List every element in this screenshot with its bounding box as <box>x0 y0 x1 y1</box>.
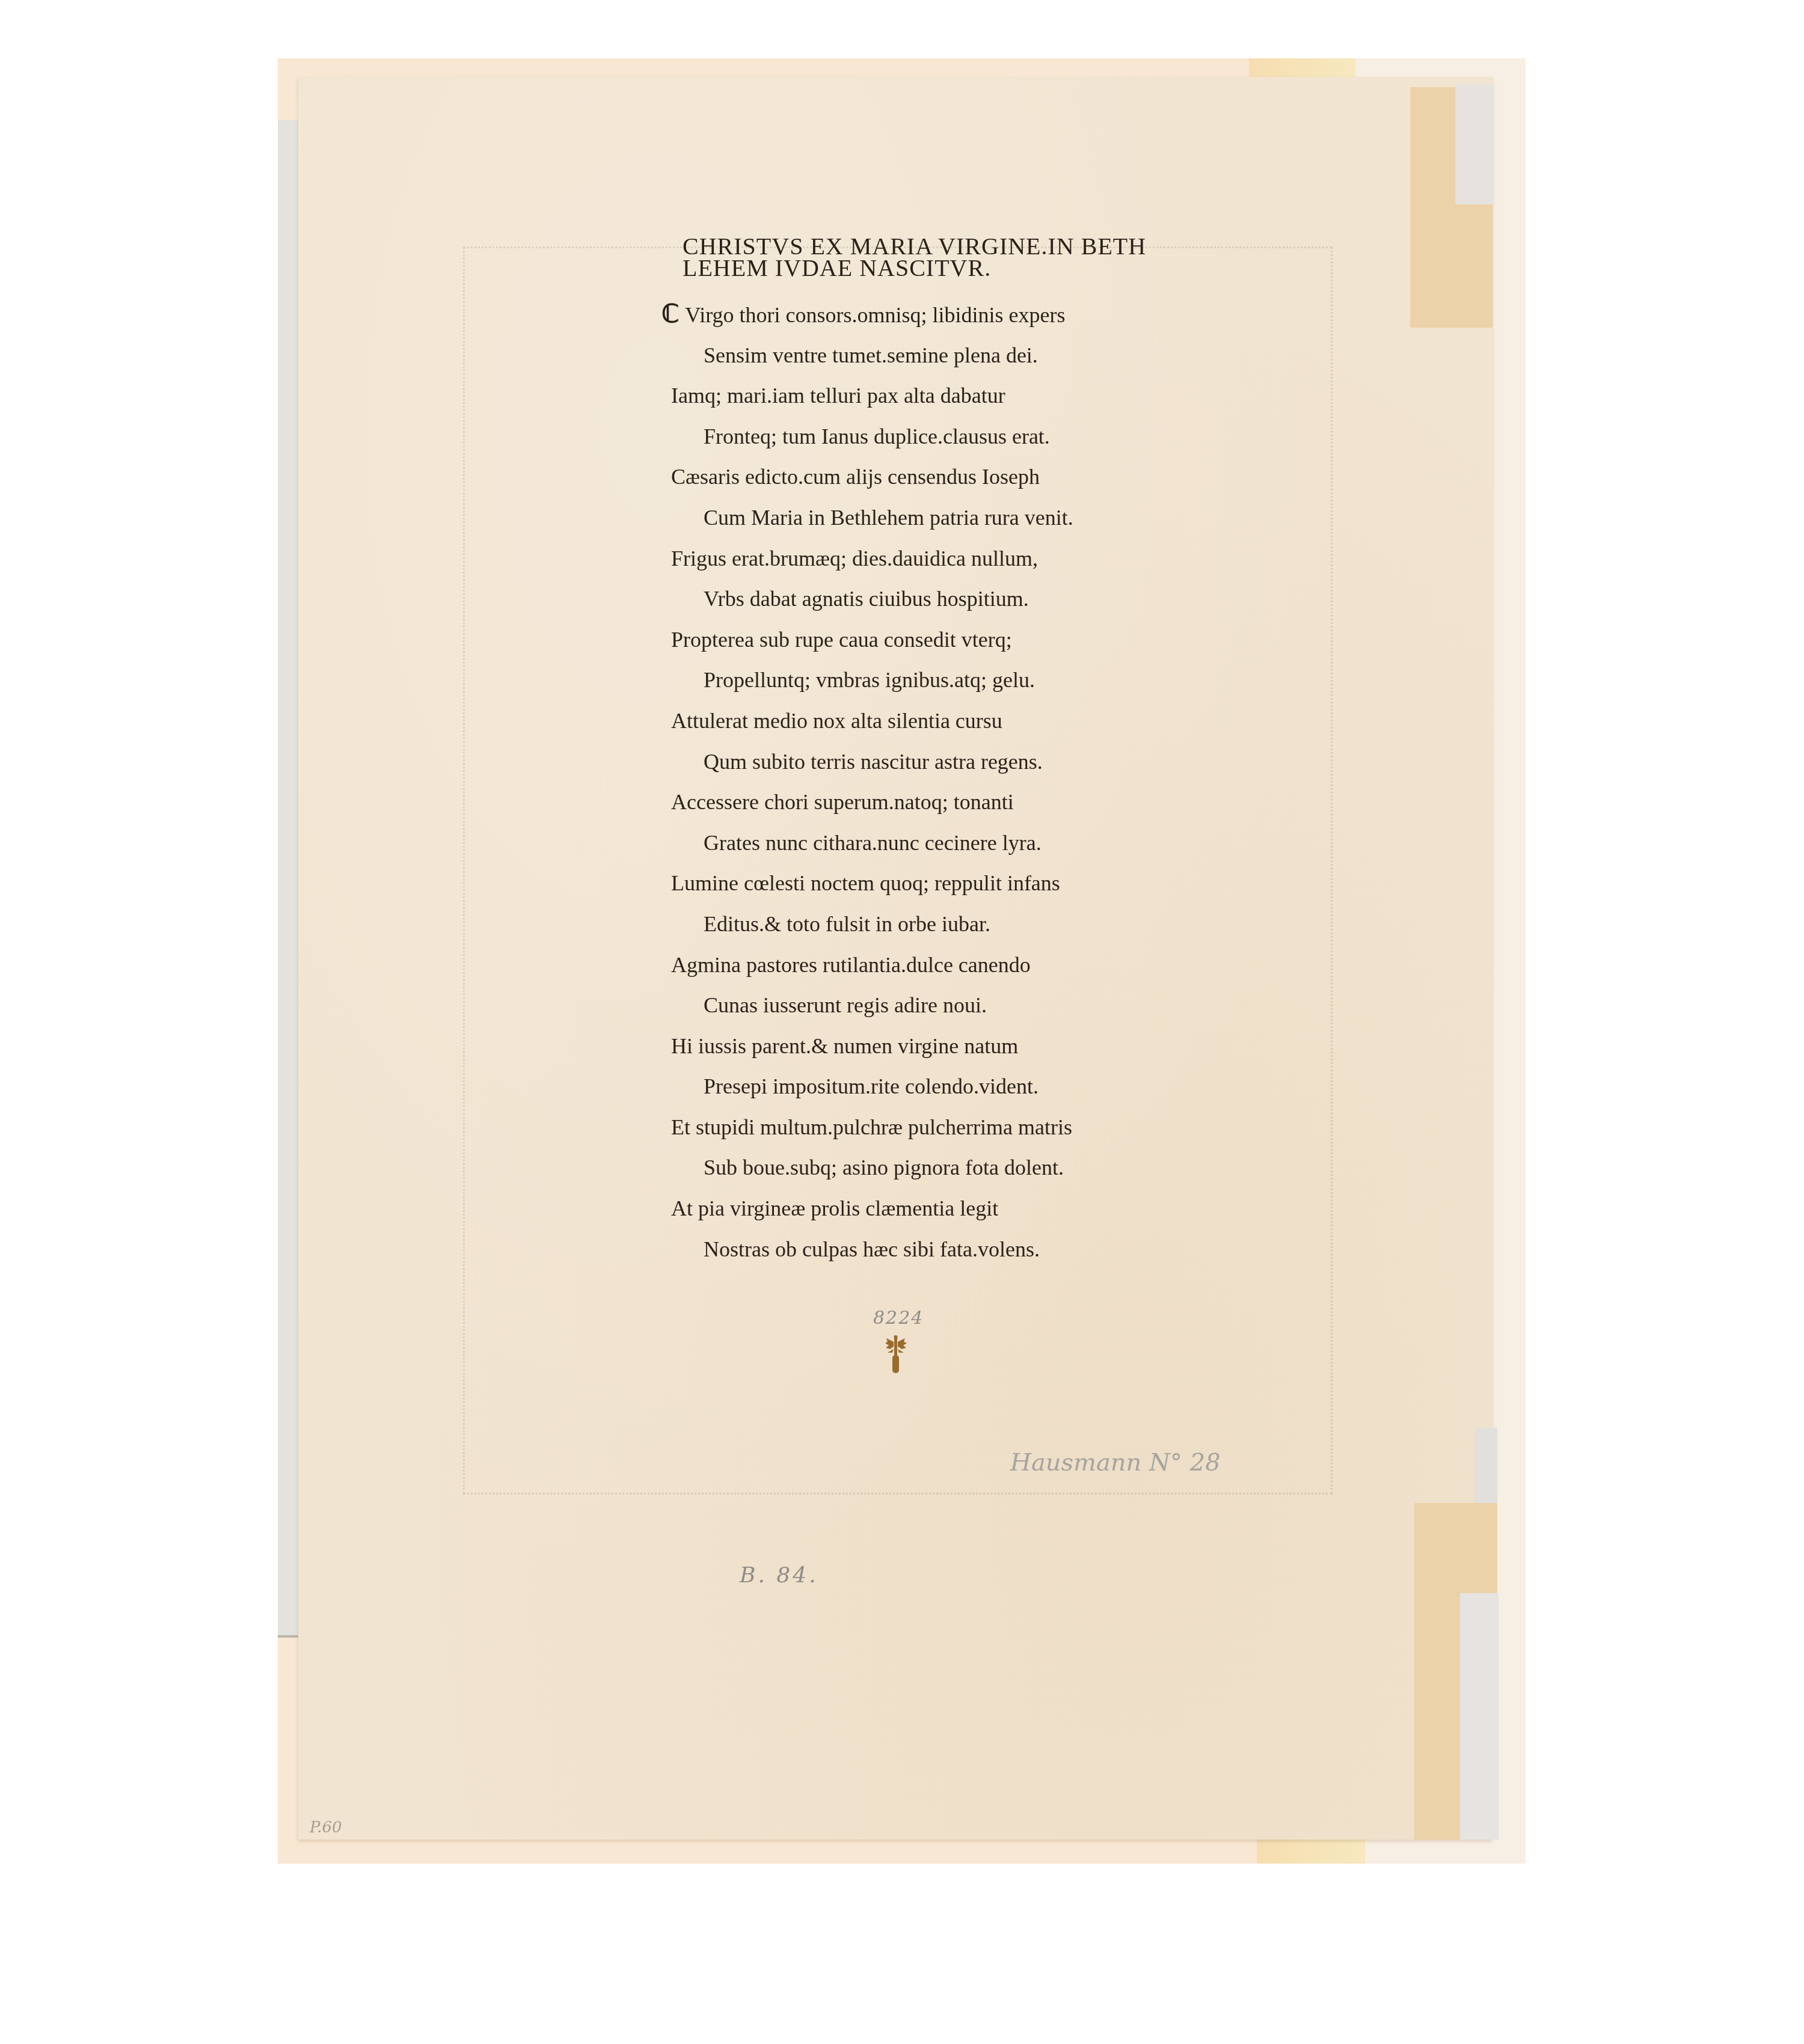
title-line-2: LEHEM IVDAE NASCITVR. <box>683 257 1284 279</box>
left-backing-strip <box>278 120 298 1638</box>
printer-device-icon <box>884 1335 908 1377</box>
pencil-collector-note: Hausmann N° 28 <box>1010 1449 1221 1476</box>
mount-tab-bottom <box>1257 1840 1365 1864</box>
verse-line: Iamq; mari.iam telluri pax alta dabatur <box>661 376 1263 417</box>
paragraph-mark-icon: ℂ <box>661 301 679 328</box>
verse-line: Sensim ventre tumet.semine plena dei. <box>661 335 1263 376</box>
poem-verses: ℂVirgo thori consors.omnisq; libidinis e… <box>661 295 1263 1270</box>
verse-line: Nostras ob culpas hæc sibi fata.volens. <box>661 1229 1263 1270</box>
verse-line: Frigus erat.brumæq; dies.dauidica nullum… <box>661 539 1263 580</box>
verse-line: Attulerat medio nox alta silentia cursu <box>661 701 1263 742</box>
verse-line: ℂVirgo thori consors.omnisq; libidinis e… <box>661 295 1263 335</box>
verse-line: Lumine cœlesti noctem quoq; reppulit inf… <box>661 863 1263 904</box>
verse-line: Sub boue.subq; asino pignora fota dolent… <box>661 1148 1263 1189</box>
verse-line: Hi iussis parent.& numen virgine natum <box>661 1026 1263 1067</box>
verse-line: Presepi impositum.rite colendo.vident. <box>661 1066 1263 1107</box>
verse-line: Cunas iusserunt regis adire noui. <box>661 985 1263 1026</box>
verse-line: Et stupidi multum.pulchræ pulcherrima ma… <box>661 1107 1263 1148</box>
page-title: CHRISTVS EX MARIA VIRGINE.IN BETH LEHEM … <box>683 236 1284 279</box>
verse-line: Accessere chori superum.natoq; tonanti <box>661 782 1263 823</box>
verse-line: Agmina pastores rutilantia.dulce canendo <box>661 945 1263 986</box>
verse-line: Cæsaris edicto.cum alijs censendus Iosep… <box>661 457 1263 498</box>
hinge-tape-bottom-white <box>1460 1593 1499 1840</box>
hinge-strip-bottom-grey <box>1474 1428 1497 1503</box>
verse-line: Propelluntq; vmbras ignibus.atq; gelu. <box>661 660 1263 701</box>
verse-line: Fronteq; tum Ianus duplice.clausus erat. <box>661 417 1263 457</box>
verse-line: At pia virgineæ prolis clæmentia legit <box>661 1189 1263 1229</box>
hinge-tape-top-white <box>1455 84 1494 204</box>
verse-line: Propterea sub rupe caua consedit vterq; <box>661 620 1263 661</box>
verse-line: Cum Maria in Bethlehem patria rura venit… <box>661 498 1263 539</box>
pencil-shelf-mark: B. 84. <box>740 1563 818 1588</box>
verse-line: Editus.& toto fulsit in orbe iubar. <box>661 904 1263 945</box>
pencil-inventory-number: 8224 <box>873 1308 924 1329</box>
verse-line: Grates nunc cithara.nunc cecinere lyra. <box>661 823 1263 864</box>
pencil-corner-note: P.60 <box>310 1819 342 1837</box>
verse-line: Vrbs dabat agnatis ciuibus hospitium. <box>661 579 1263 620</box>
verse-line: Qum subito terris nascitur astra regens. <box>661 742 1263 783</box>
